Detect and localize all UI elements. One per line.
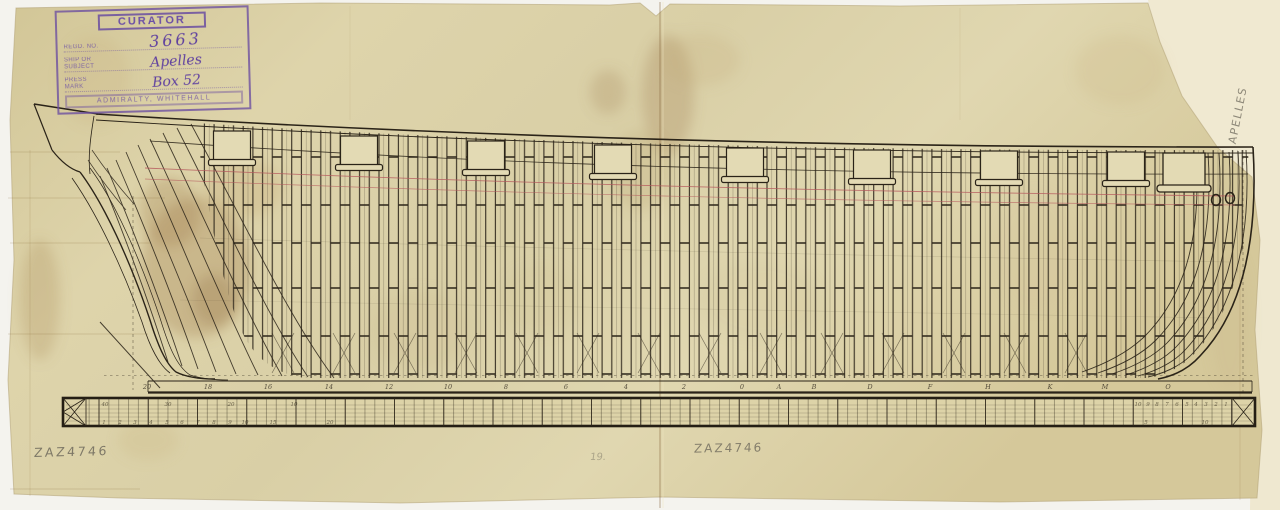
scale-number: 7 (1165, 402, 1169, 408)
scale-number: 5 (1144, 420, 1148, 426)
scale-number: 10 (242, 420, 249, 426)
station-label: D (866, 383, 873, 391)
scale-number: 6 (180, 420, 184, 426)
scale-number: 3 (133, 420, 137, 426)
stamp-footer: ADMIRALTY, WHITEHALL (65, 91, 243, 109)
stamp-field-label: Regd. No. (64, 43, 106, 51)
scale-number: 4 (148, 420, 153, 426)
scale-number: 9 (1146, 402, 1150, 408)
stamp-field-row: Press Mark Box 52 (64, 69, 242, 93)
stamp-header: CURATOR (98, 12, 206, 31)
scale-number: 20 (326, 420, 334, 426)
scale-number: 10 (1135, 402, 1142, 408)
station-label: B (811, 383, 817, 391)
scale-number: 2 (1213, 402, 1218, 408)
station-label: 18 (204, 383, 212, 391)
scale-number: 3 (1204, 402, 1208, 408)
stamp-field-label: Press Mark (64, 77, 106, 92)
page-number-pencil: 19. (589, 452, 606, 463)
gunport (849, 150, 896, 185)
scale-number: 1 (1224, 402, 1228, 408)
scale-number: 8 (1155, 402, 1159, 408)
scale-number: 2 (117, 420, 122, 426)
station-label: F (927, 383, 933, 391)
scale-number: 5 (1185, 402, 1189, 408)
gunport (463, 141, 510, 176)
scale-number: 30 (165, 402, 172, 408)
reference-number-bottom-left: ZAZ4746 (34, 443, 110, 460)
station-label: 12 (385, 383, 393, 391)
station-label: H (984, 383, 991, 391)
station-label: 8 (504, 383, 508, 391)
scale-number: 7 (196, 420, 200, 426)
scale-number: 4 (1193, 402, 1198, 408)
scale-number: 10 (291, 402, 298, 408)
station-label: 2 (681, 383, 686, 391)
gunport (976, 151, 1023, 186)
station-label: 10 (444, 383, 452, 391)
station-label: 14 (325, 383, 333, 391)
curator-stamp: CURATOR Regd. No. 3663 Ship or Subject A… (55, 5, 252, 114)
scale-number: 9 (228, 420, 232, 426)
station-label: 20 (142, 383, 151, 391)
scale-number: 10 (1202, 420, 1209, 426)
scale-number: 6 (1175, 402, 1179, 408)
station-label: A (776, 383, 782, 391)
station-label: O (1165, 383, 1171, 391)
gunport (336, 136, 383, 171)
station-label: M (1101, 383, 1109, 391)
station-label: 0 (740, 383, 744, 391)
station-label: 6 (564, 383, 568, 391)
scale-number: 40 (101, 402, 109, 408)
scale-bar: 40 30 20 10 1 2 3 4 5 6 7 8 9 10 15 20 1… (63, 398, 1255, 426)
stamp-field-value: Box 52 (110, 70, 243, 92)
gunport (722, 148, 769, 183)
scale-number: 1 (102, 420, 106, 426)
scanned-ship-plan: 20 18 16 14 12 10 8 6 4 2 0 A B D F H K … (0, 0, 1280, 510)
scale-number: 15 (270, 420, 277, 426)
gunport (209, 131, 256, 166)
reference-number-bottom-center: ZAZ4746 (694, 440, 764, 455)
scale-number: 5 (165, 420, 169, 426)
gunport (590, 145, 637, 180)
scale-number: 20 (227, 402, 235, 408)
gunport (1103, 152, 1150, 187)
scale-number: 8 (212, 420, 216, 426)
station-label: 4 (623, 383, 628, 391)
station-label: 16 (264, 383, 272, 391)
stamp-field-label: Ship or Subject (64, 57, 106, 72)
